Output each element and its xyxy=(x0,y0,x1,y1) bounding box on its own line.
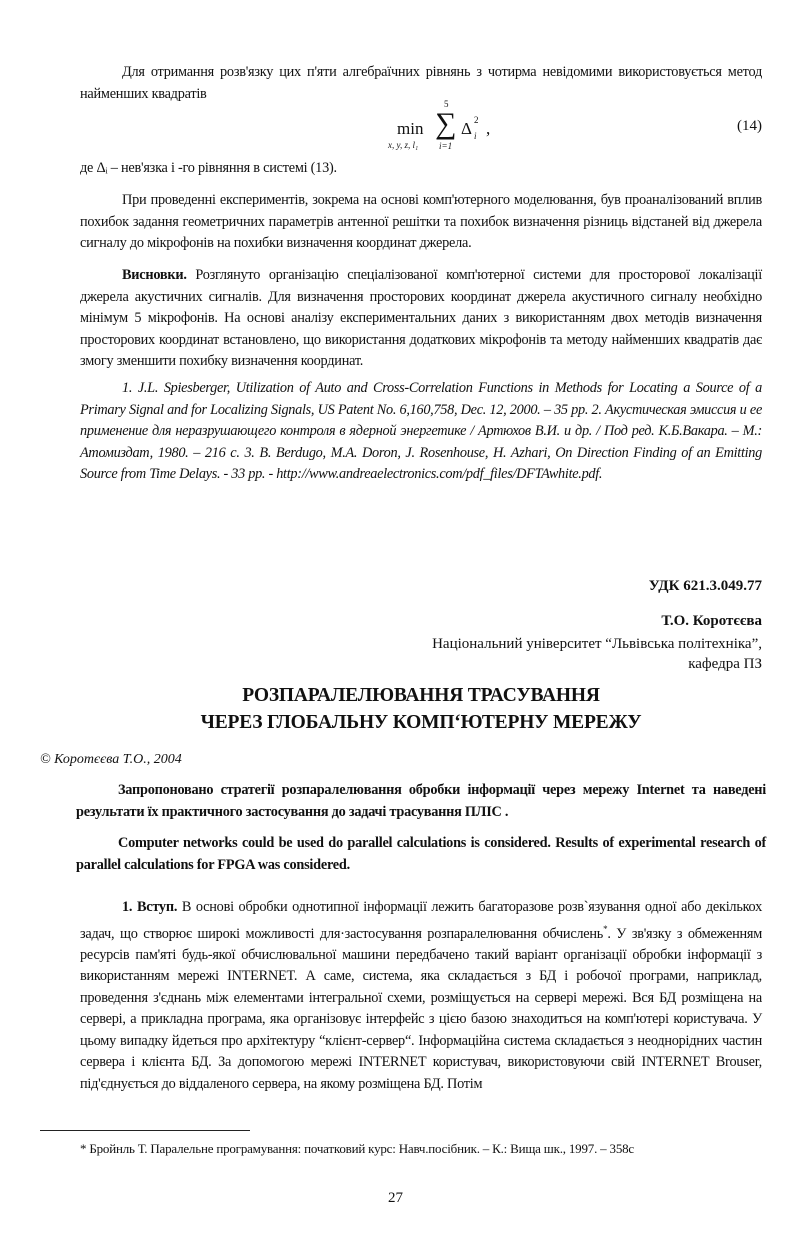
formula-min: min xyxy=(397,119,423,139)
title-line-1: РОЗПАРАЛЕЛЮВАННЯ ТРАСУВАННЯ xyxy=(80,682,762,709)
formula-sum-lower: i=1 xyxy=(439,141,452,151)
reference-list: 1. J.L. Spiesberger, Utilization of Auto… xyxy=(80,378,762,486)
affiliation-university: Національний університет “Львівська полі… xyxy=(432,634,762,654)
formula-sum-symbol: ∑ xyxy=(435,109,456,139)
article-title: РОЗПАРАЛЕЛЮВАННЯ ТРАСУВАННЯ ЧЕРЕЗ ГЛОБАЛ… xyxy=(80,682,762,736)
footnote: * Бройнль Т. Паралельне програмування: п… xyxy=(80,1141,634,1157)
formula-delta: Δ xyxy=(461,119,472,139)
intro-text-part-2: . У зв'язку з обмеженням ресурсів пам'ят… xyxy=(80,925,762,1092)
formula-subscript: i xyxy=(474,131,477,141)
paragraph-experiments: При проведенні експериментів, зокрема на… xyxy=(80,190,762,255)
affiliation-department: кафедра ПЗ xyxy=(432,654,762,674)
conclusions-heading: Висновки. xyxy=(122,267,187,283)
intro-heading: 1. Вступ. xyxy=(122,899,177,915)
abstract-english: Computer networks could be used do paral… xyxy=(76,833,766,876)
abstract-ukrainian: Запропоновано стратегії розпаралелювання… xyxy=(76,780,766,823)
equation-14: min x, y, z, l₁ 5 ∑ i=1 Δ 2 i , xyxy=(387,103,567,159)
paragraph-residual-definition: де Δᵢ – нев'язка i -го рівняння в систем… xyxy=(80,158,337,180)
title-line-2: ЧЕРЕЗ ГЛОБАЛЬНУ КОМП‘ЮТЕРНУ МЕРЕЖУ xyxy=(80,709,762,736)
copyright-notice: © Коротєєва Т.О., 2004 xyxy=(40,752,182,768)
paragraph-least-squares-intro: Для отримання розв'язку цих п'яти алгебр… xyxy=(80,62,762,105)
paragraph-conclusions: Висновки. Розглянуто організацію спеціал… xyxy=(80,265,762,373)
page-number: 27 xyxy=(388,1190,403,1207)
formula-superscript: 2 xyxy=(474,115,479,125)
equation-number: (14) xyxy=(737,118,762,135)
formula-comma: , xyxy=(486,119,490,139)
udk-code: УДК 621.3.049.77 xyxy=(649,578,762,595)
footnote-separator xyxy=(40,1130,250,1131)
formula-min-subscript: x, y, z, l₁ xyxy=(388,140,418,150)
paragraph-introduction: 1. Вступ. В основі обробки однотипної ін… xyxy=(80,897,762,1095)
article-author: Т.О. Коротєєва xyxy=(661,613,762,630)
author-affiliation: Національний університет “Львівська полі… xyxy=(432,634,762,674)
